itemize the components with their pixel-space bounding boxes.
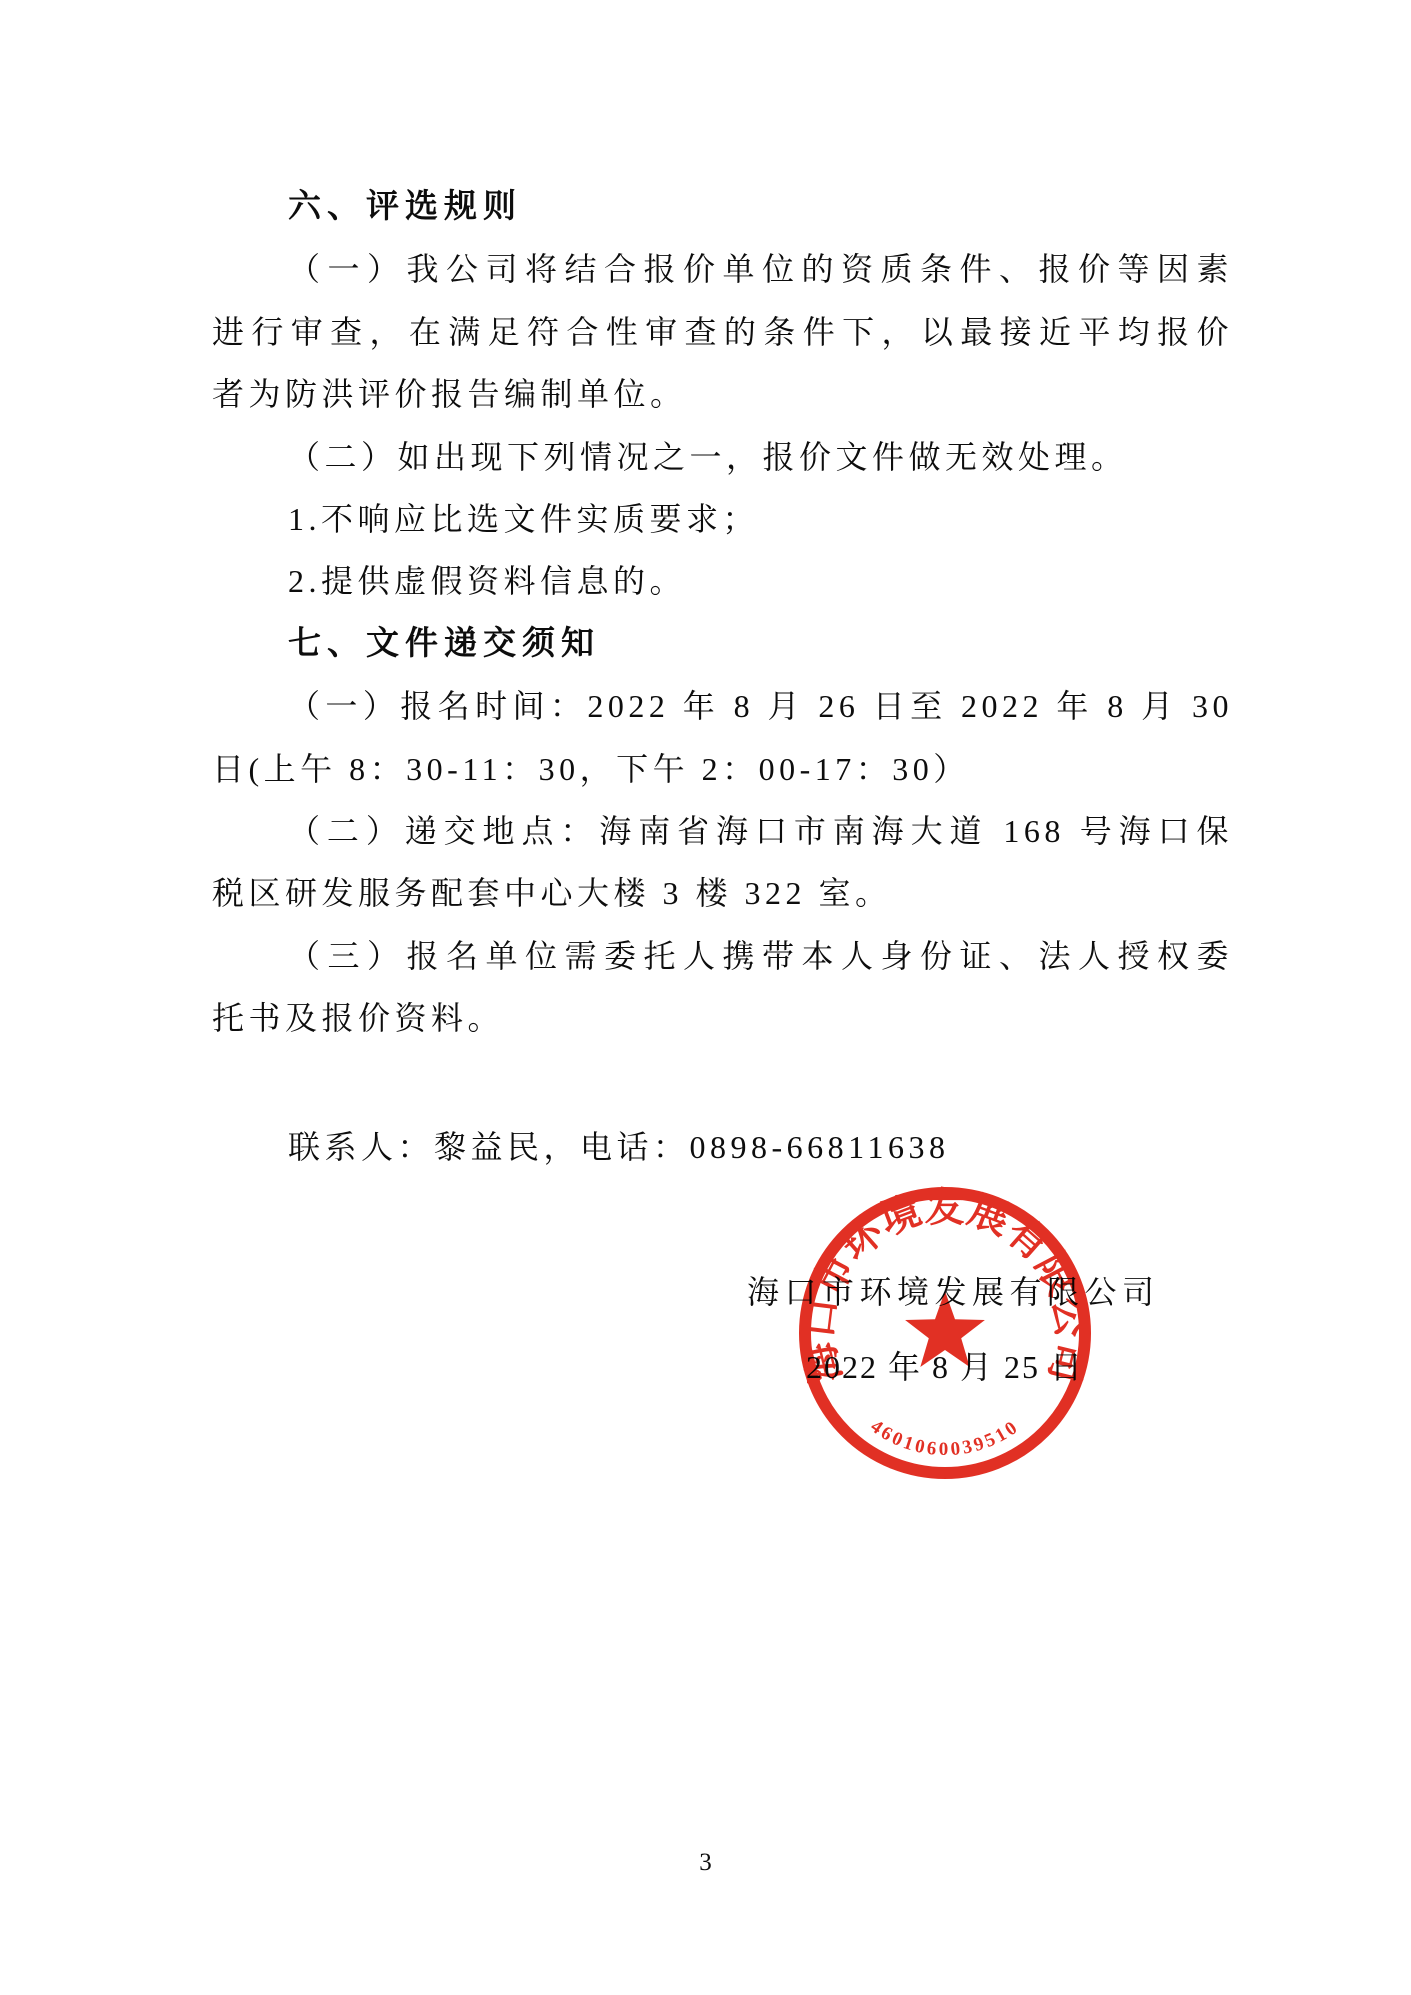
page-number: 3 bbox=[0, 1848, 1411, 1878]
list-item-1: 1.不响应比选文件实质要求； bbox=[212, 488, 1233, 550]
company-seal-stamp: 海口市环境发展有限公司 4601060039510 bbox=[795, 1183, 1095, 1483]
para-place-line-2: 税区研发服务配套中心大楼 3 楼 322 室。 bbox=[212, 862, 1233, 924]
seal-star-icon bbox=[905, 1291, 985, 1367]
para-two-line: （二）如出现下列情况之一，报价文件做无效处理。 bbox=[212, 426, 1233, 488]
seal-company-arc-text: 海口市环境发展有限公司 bbox=[796, 1185, 1095, 1388]
para-one-line-2: 进行审查，在满足符合性审查的条件下，以最接近平均报价 bbox=[212, 301, 1233, 363]
para-time-line-2: 日(上午 8：30-11：30，下午 2：00-17：30） bbox=[212, 738, 1233, 800]
para-one-line-1: （一）我公司将结合报价单位的资质条件、报价等因素 bbox=[212, 238, 1233, 300]
para-place-line-1: （二）递交地点：海南省海口市南海大道 168 号海口保 bbox=[212, 800, 1233, 862]
seal-number-arc-text: 4601060039510 bbox=[867, 1416, 1024, 1460]
para-time-line-1: （一）报名时间：2022 年 8 月 26 日至 2022 年 8 月 30 bbox=[212, 675, 1233, 737]
para-delegate-line-1: （三）报名单位需委托人携带本人身份证、法人授权委 bbox=[212, 925, 1233, 987]
section-heading-seven: 七、文件递交须知 bbox=[212, 613, 1233, 675]
section-heading-six: 六、评选规则 bbox=[212, 176, 1233, 238]
document-page: 六、评选规则 （一）我公司将结合报价单位的资质条件、报价等因素 进行审查，在满足… bbox=[0, 0, 1411, 1995]
document-body: 六、评选规则 （一）我公司将结合报价单位的资质条件、报价等因素 进行审查，在满足… bbox=[212, 176, 1233, 1178]
list-item-2: 2.提供虚假资料信息的。 bbox=[212, 550, 1233, 612]
para-delegate-line-2: 托书及报价资料。 bbox=[212, 987, 1233, 1049]
para-one-line-3: 者为防洪评价报告编制单位。 bbox=[212, 363, 1233, 425]
contact-line: 联系人：黎益民，电话：0898-66811638 bbox=[212, 1116, 1233, 1178]
